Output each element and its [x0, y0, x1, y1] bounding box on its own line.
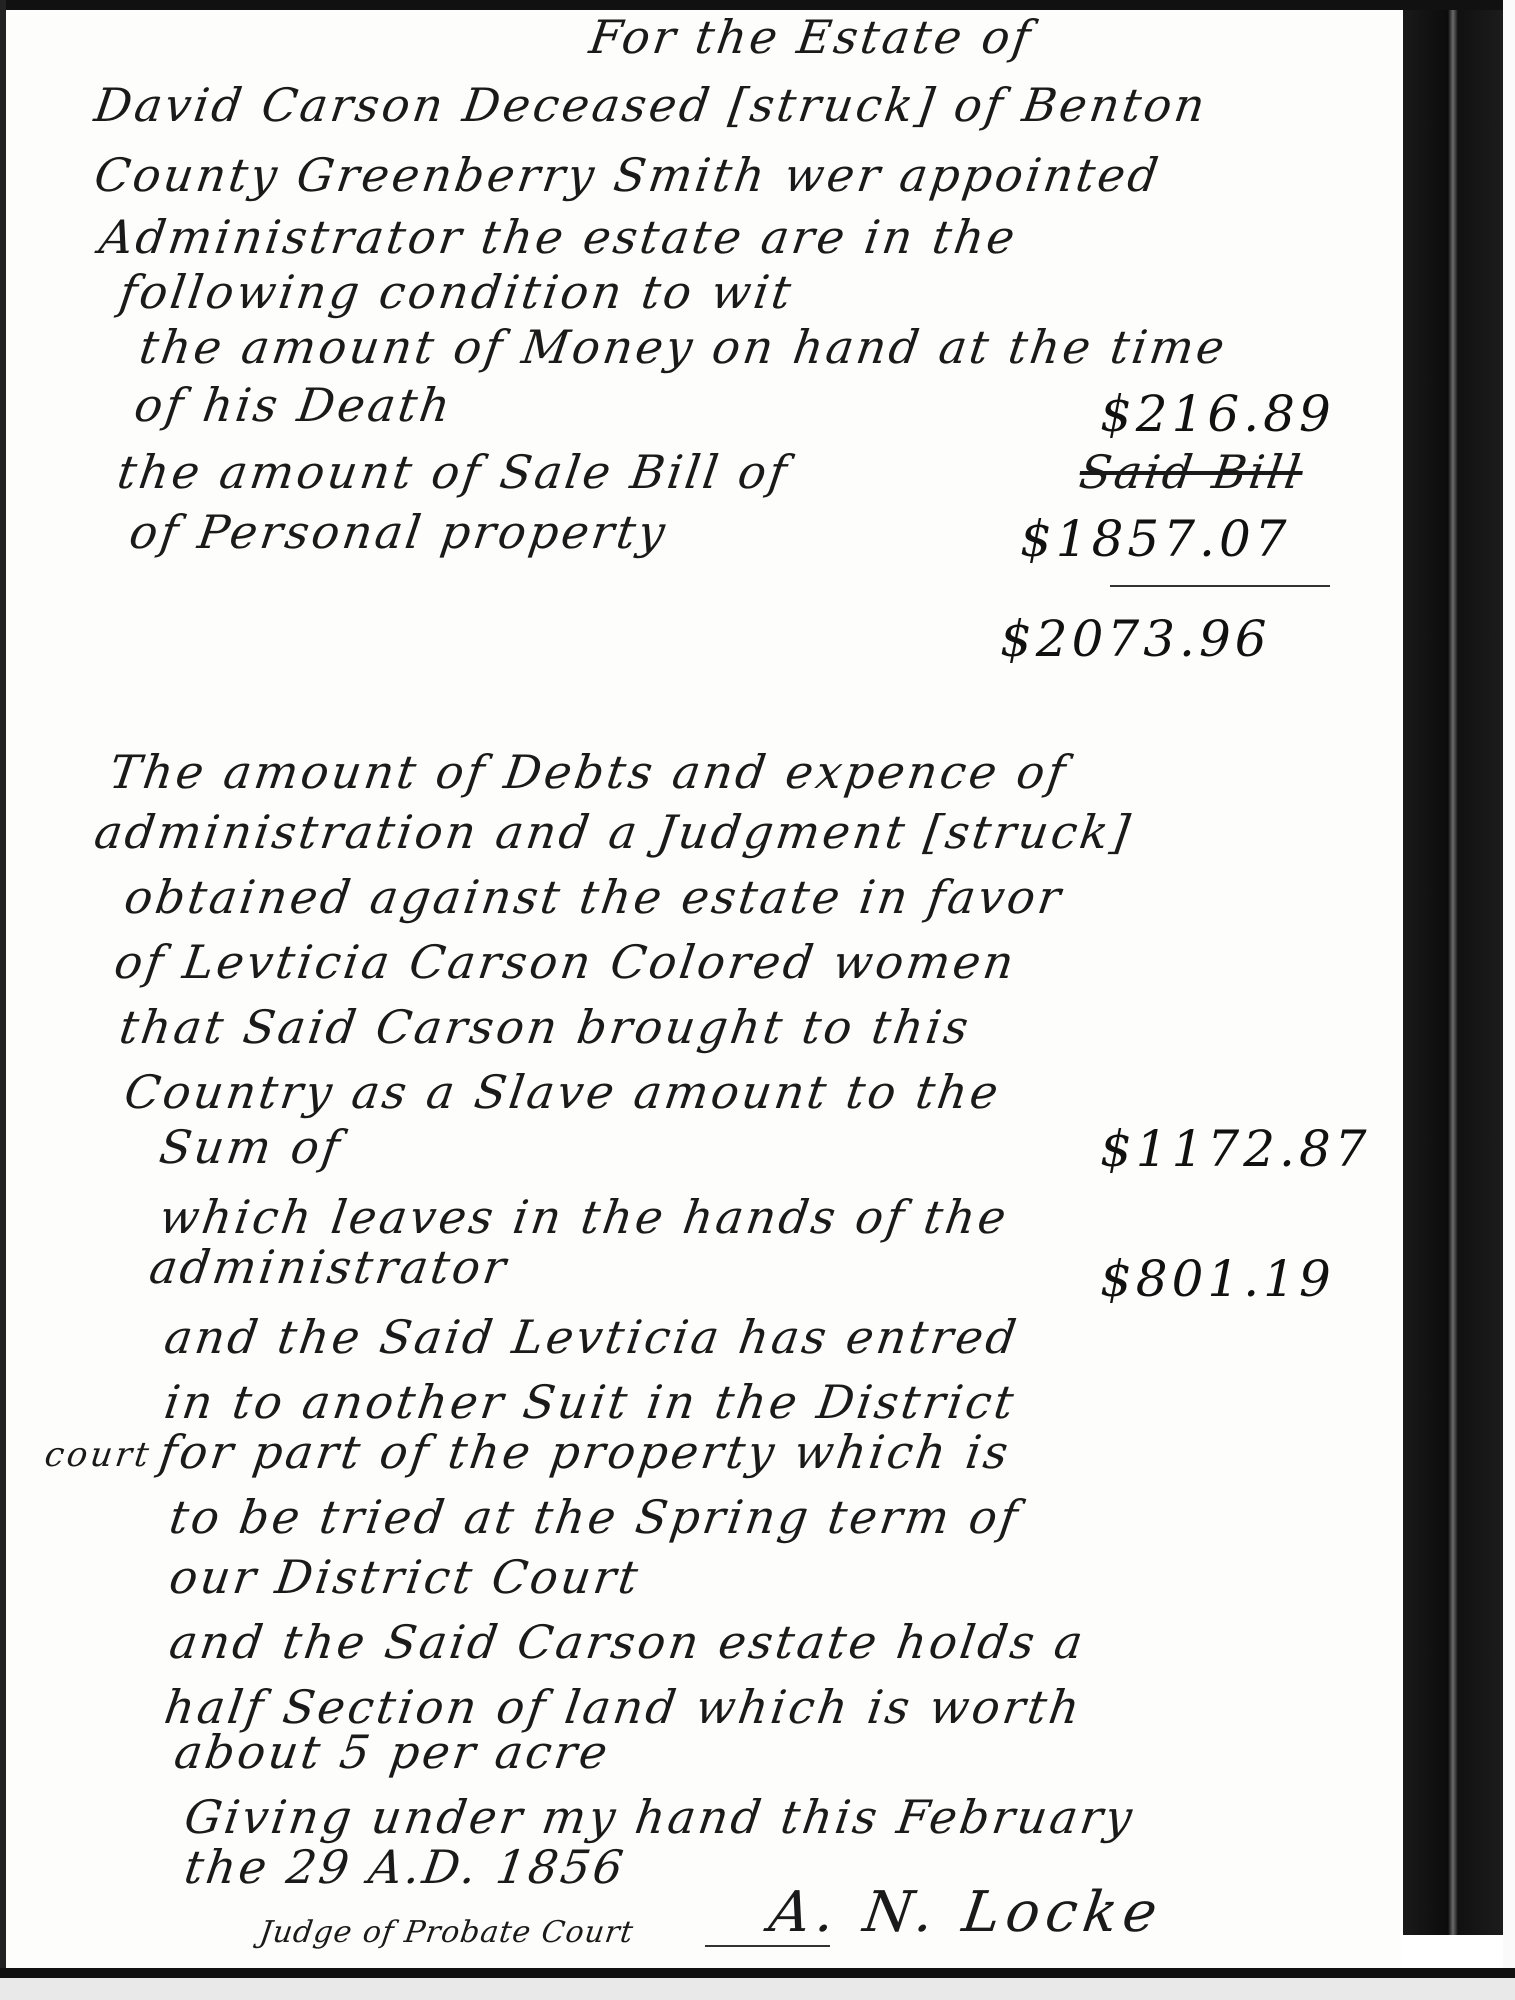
signature-name: A. N. Locke: [765, 1880, 1167, 1945]
document-line: David Carson Deceased [struck] of Benton: [91, 78, 1211, 132]
scan-top-border: [0, 0, 1515, 10]
scan-bottom-border: [0, 1968, 1515, 1978]
document-heading: For the Estate of: [586, 10, 1036, 64]
document-line: Giving under my hand this February: [181, 1790, 1138, 1844]
document-line: following condition to wit: [116, 265, 797, 319]
document-line: our District Court: [166, 1550, 644, 1604]
scan-bottom-strip: [0, 1978, 1515, 2000]
amount-money-on-hand: $216.89: [1100, 385, 1335, 443]
document-line: and the Said Levticia has entred: [161, 1310, 1022, 1364]
document-line: the 29 A.D. 1856: [181, 1840, 629, 1894]
document-line: about 5 per acre: [171, 1725, 613, 1779]
document-line: and the Said Carson estate holds a: [166, 1615, 1089, 1669]
document-line: that Said Carson brought to this: [116, 1000, 974, 1054]
document-line: Administrator the estate are in the: [96, 210, 1021, 264]
document-line: administration and a Judgment [struck]: [91, 805, 1136, 859]
signature-rule: [705, 1945, 830, 1947]
document-line: of Levticia Carson Colored women: [111, 935, 1020, 989]
struck-text: Said Bill: [1076, 445, 1306, 499]
document-line: to be tried at the Spring term of: [166, 1490, 1024, 1544]
sum-rule: [1110, 585, 1330, 587]
margin-note: court: [42, 1435, 154, 1475]
amount-total: $2073.96: [1000, 610, 1271, 668]
scan-right-margin: [1503, 0, 1515, 2000]
document-line: of his Death: [131, 378, 456, 432]
document-line: obtained against the estate in favor: [121, 870, 1067, 924]
scan-binding-shadow: [1403, 10, 1503, 1935]
document-line: County Greenberry Smith wer appointed: [91, 148, 1164, 202]
amount-balance: $801.19: [1100, 1250, 1335, 1308]
document-line: administrator: [146, 1240, 512, 1294]
document-line: of Personal property: [126, 505, 671, 559]
amount-sale-bill: $1857.07: [1020, 510, 1291, 568]
document-line: in to another Suit in the District: [161, 1375, 1020, 1429]
document-line: the amount of Sale Bill of: [114, 445, 793, 499]
signature-title: Judge of Probate Court: [258, 1915, 636, 1950]
document-line: which leaves in the hands of the: [156, 1190, 1012, 1244]
document-line: Country as a Slave amount to the: [121, 1065, 1004, 1119]
amount-debts-judgment: $1172.87: [1100, 1120, 1371, 1178]
document-line: the amount of Money on hand at the time: [136, 320, 1230, 374]
document-line: The amount of Debts and expence of: [106, 745, 1071, 799]
document-line: Sum of: [156, 1120, 346, 1174]
document-line: for part of the property which is: [156, 1425, 1014, 1479]
